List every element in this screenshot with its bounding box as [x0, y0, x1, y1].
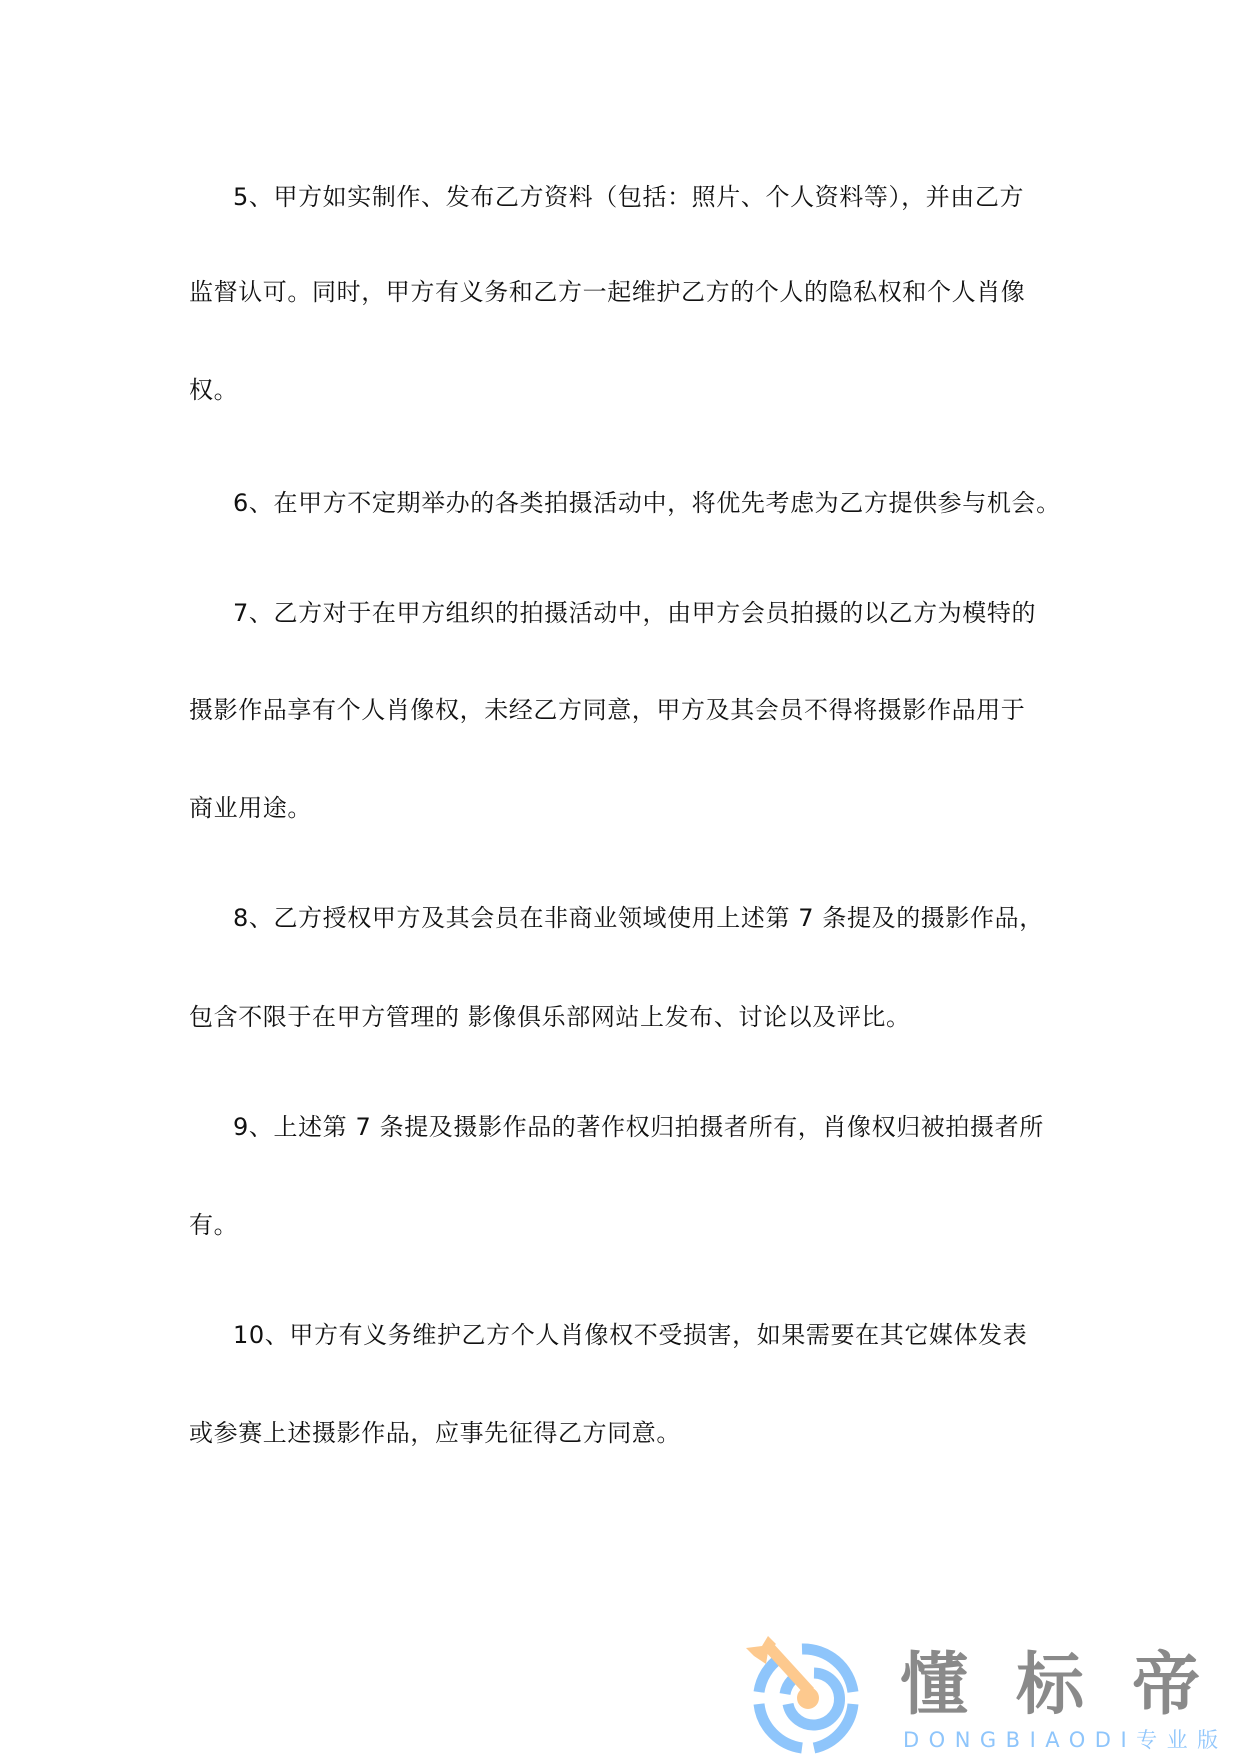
watermark-logo: 懂标帝 DONGBIAODI专业版 [740, 1630, 1241, 1754]
watermark-subtitle: DONGBIAODI专业版 [903, 1727, 1228, 1753]
clause-7-line-3: 商业用途。 [189, 793, 1059, 823]
clause-5-line-2: 监督认可。同时，甲方有义务和乙方一起维护乙方的个人的隐私权和个人肖像 [189, 277, 1059, 307]
clause-8-line-2: 包含不限于在甲方管理的 影像俱乐部网站上发布、讨论以及评比。 [189, 1002, 1059, 1032]
clause-5-line-3: 权。 [189, 375, 1059, 405]
clause-8-line-1: 8、乙方授权甲方及其会员在非商业领域使用上述第 7 条提及的摄影作品， [233, 903, 1103, 933]
clause-9-line-2: 有。 [189, 1210, 1059, 1240]
target-arrow-icon [740, 1630, 880, 1754]
watermark-title: 懂标帝 [900, 1648, 1241, 1724]
clause-7-line-2: 摄影作品享有个人肖像权，未经乙方同意，甲方及其会员不得将摄影作品用于 [189, 695, 1059, 725]
clause-9-line-1: 9、上述第 7 条提及摄影作品的著作权归拍摄者所有，肖像权归被拍摄者所 [233, 1112, 1103, 1142]
clause-7-line-1: 7、乙方对于在甲方组织的拍摄活动中，由甲方会员拍摄的以乙方为模特的 [233, 598, 1103, 628]
clause-10-line-1: 10、甲方有义务维护乙方个人肖像权不受损害，如果需要在其它媒体发表 [233, 1320, 1103, 1350]
document-page: 5、甲方如实制作、发布乙方资料（包括：照片、个人资料等），并由乙方 监督认可。同… [0, 0, 1241, 1754]
clause-5-line-1: 5、甲方如实制作、发布乙方资料（包括：照片、个人资料等），并由乙方 [233, 182, 1103, 212]
clause-10-line-2: 或参赛上述摄影作品，应事先征得乙方同意。 [189, 1418, 1059, 1448]
clause-6-line-1: 6、在甲方不定期举办的各类拍摄活动中，将优先考虑为乙方提供参与机会。 [233, 488, 1103, 518]
